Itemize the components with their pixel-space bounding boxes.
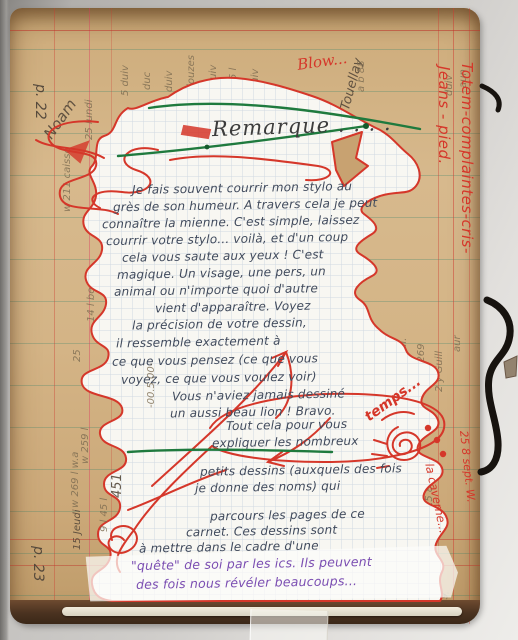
yarn-tassel xyxy=(504,356,517,378)
pencil-note: 9 l 45 l xyxy=(99,498,110,532)
pencil-note: w 259 l xyxy=(80,428,91,464)
pencil-note: 25 xyxy=(72,349,83,362)
pencil-note: 25 gal. xyxy=(398,338,409,372)
pencil-note: l duiv xyxy=(250,69,261,96)
pencil-note: 25 l 3o xyxy=(392,468,403,502)
yarn xyxy=(481,86,517,472)
page-number-top: p. 22 xyxy=(32,84,48,120)
pencil-note: w 211 caisse xyxy=(62,147,73,212)
pencil-note: a b 88 xyxy=(356,60,367,92)
red-margin-note-totem: Totem-complaintes-cris- xyxy=(458,62,476,254)
pencil-note: 451 xyxy=(110,473,125,498)
pencil-note: 5 douzes xyxy=(186,55,197,100)
pencil-note: 15 Jeudi xyxy=(72,510,83,550)
ledger-vline xyxy=(54,8,55,624)
ledger-hline-red xyxy=(10,30,480,31)
pencil-note: aur xyxy=(452,335,463,352)
pencil-note: 50 Jouill xyxy=(382,338,393,378)
pencil-note: 25 l duiv xyxy=(208,65,219,108)
ledger-vline xyxy=(453,8,454,624)
pencil-note: duc xyxy=(142,72,153,90)
pencil-note: 2 y Guill xyxy=(434,351,445,392)
page-number-bottom: p. 23 xyxy=(30,546,46,582)
ledger-vline xyxy=(111,8,112,624)
pencil-note: duiv xyxy=(164,71,175,92)
pencil-note: 25 l 34 xyxy=(407,470,418,505)
pencil-note: 25 lundi xyxy=(84,100,95,140)
pencil-note: w 269 l w.a xyxy=(70,452,81,508)
pencil-note: 5 duiv xyxy=(120,65,131,96)
pencil-note: -00.5.00- xyxy=(146,363,157,408)
pencil-note: 5 l xyxy=(228,68,239,80)
red-margin-note-jeans: Jeans - pied. xyxy=(435,66,453,165)
pencil-note: 14 l beau xyxy=(86,275,97,322)
tape-piece xyxy=(250,609,329,640)
scanner-background: 25 lundi 5 duiv duc duiv 5 douzes 25 l d… xyxy=(0,0,518,640)
